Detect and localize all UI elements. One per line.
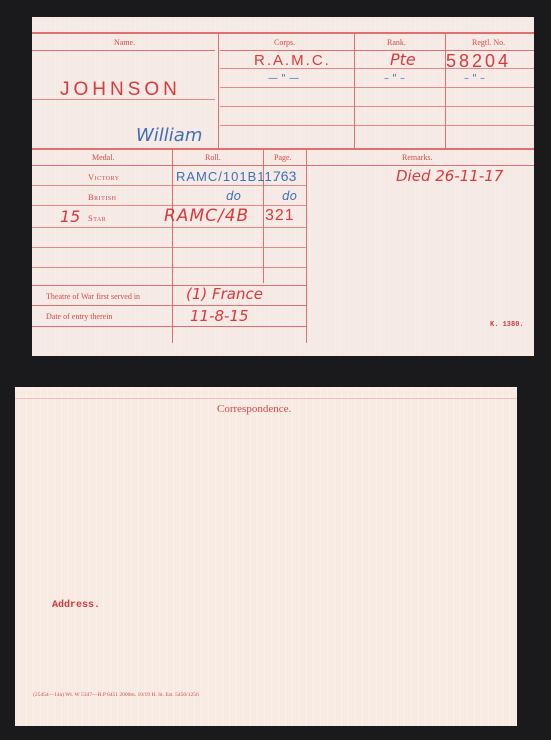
header-medal: Medal.	[92, 153, 114, 162]
print-footer: (25454—14a) Wt. W 5347—H.P 6451 2000m. 1…	[33, 692, 199, 698]
rule	[306, 148, 307, 343]
date-value: 11-8-15	[190, 307, 249, 325]
header-remarks: Remarks.	[402, 153, 432, 162]
rule	[32, 326, 306, 327]
remarks-value: Died 26-11-17	[396, 167, 503, 185]
roll-victory: RAMC/101B11.	[176, 169, 277, 184]
rule	[354, 32, 355, 148]
rule	[172, 148, 173, 343]
medal-index-card-front: Name. Corps. Rank. Regtl. No. JOHNSON Wi…	[32, 17, 534, 356]
header-roll: Roll.	[205, 153, 221, 162]
header-name: Name.	[114, 38, 135, 47]
regt-no-ditto: – " –	[464, 73, 485, 84]
forename: William	[136, 125, 202, 146]
medal-star-prefix: 15	[60, 207, 80, 226]
medal-british-label: British	[88, 192, 117, 202]
surname: JOHNSON	[60, 79, 181, 101]
address-label: Address.	[52, 600, 100, 611]
rule	[220, 125, 534, 126]
rule	[32, 285, 306, 286]
rule	[15, 398, 517, 399]
correspondence-title: Correspondence.	[217, 403, 291, 415]
corps-ditto: — " —	[268, 73, 299, 84]
rule	[218, 32, 219, 148]
page-star: 321	[265, 207, 295, 225]
rank-value: Pte	[390, 50, 416, 69]
header-regt-no: Regtl. No.	[472, 38, 505, 47]
rule	[32, 185, 306, 186]
rule	[32, 32, 534, 34]
page-victory: 763	[273, 168, 296, 184]
rule	[32, 267, 306, 268]
form-code: K. 1380.	[490, 321, 524, 329]
rule	[32, 165, 534, 166]
header-corps: Corps.	[274, 38, 295, 47]
corps-value: R.A.M.C.	[254, 52, 331, 69]
medal-index-card-back: Correspondence. Address. (25454—14a) Wt.…	[15, 387, 517, 726]
header-rank: Rank.	[387, 38, 406, 47]
theatre-label: Theatre of War first served in	[46, 292, 140, 301]
rule	[220, 87, 534, 88]
regt-no-value: 58204	[446, 51, 511, 72]
header-page: Page.	[274, 153, 292, 162]
rule	[445, 32, 446, 148]
rule	[32, 50, 215, 51]
rule	[220, 106, 534, 107]
theatre-value: (1) France	[186, 285, 263, 303]
roll-british: do	[226, 189, 241, 203]
rule	[32, 148, 534, 150]
roll-star: RAMC/4B	[164, 206, 249, 226]
page-british: do	[282, 189, 297, 203]
medal-star-label: Star	[88, 213, 106, 223]
date-label: Date of entry therein	[46, 312, 112, 321]
rank-ditto: – " –	[384, 73, 405, 84]
medal-victory-label: Victory	[88, 172, 120, 182]
rule	[32, 247, 306, 248]
rule	[32, 227, 306, 228]
rule	[32, 305, 306, 306]
